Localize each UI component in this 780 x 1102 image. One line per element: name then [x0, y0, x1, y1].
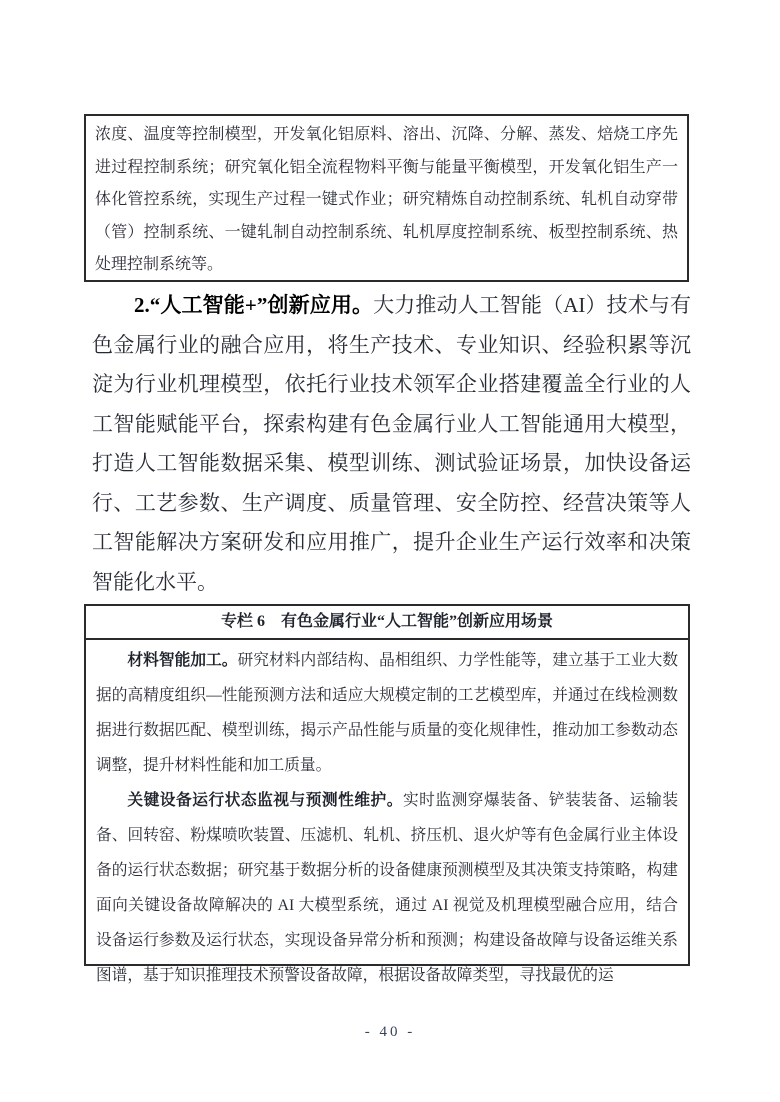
- section-paragraph: 2.“人工智能+”创新应用。大力推动人工智能（AI）技术与有色金属行业的融合应用…: [92, 286, 691, 602]
- section-heading: 2.“人工智能+”创新应用。: [134, 293, 373, 317]
- column-6-paragraph-2-text: 实时监测穿爆装备、铲装装备、运输装备、回转窑、粉煤喷吹装置、压滤机、轧机、挤压机…: [96, 792, 678, 984]
- column-6-paragraph-1: 材料智能加工。研究材料内部结构、晶相组织、力学性能等，建立基于工业大数据的高精度…: [96, 643, 678, 783]
- column-6-paragraph-1-text: 研究材料内部结构、晶相组织、力学性能等，建立基于工业大数据的高精度组织—性能预测…: [96, 652, 678, 774]
- document-page: 浓度、温度等控制模型，开发氧化铝原料、溶出、沉降、分解、蒸发、焙烧工序先进过程控…: [0, 0, 780, 1102]
- process-control-text-box: 浓度、温度等控制模型，开发氧化铝原料、溶出、沉降、分解、蒸发、焙烧工序先进过程控…: [84, 114, 689, 282]
- column-6-paragraph-1-lead: 材料智能加工。: [127, 652, 237, 669]
- column-6-body: 材料智能加工。研究材料内部结构、晶相组织、力学性能等，建立基于工业大数据的高精度…: [86, 640, 688, 993]
- column-6-paragraph-2: 关键设备运行状态监视与预测性维护。实时监测穿爆装备、铲装装备、运输装备、回转窑、…: [96, 783, 678, 993]
- column-6-title: 专栏 6 有色金属行业“人工智能”创新应用场景: [86, 606, 688, 640]
- column-6-box: 专栏 6 有色金属行业“人工智能”创新应用场景 材料智能加工。研究材料内部结构、…: [84, 604, 690, 966]
- section-body-text: 大力推动人工智能（AI）技术与有色金属行业的融合应用，将生产技术、专业知识、经验…: [92, 293, 691, 594]
- column-6-paragraph-2-lead: 关键设备运行状态监视与预测性维护。: [127, 792, 403, 809]
- page-number: - 40 -: [0, 1024, 780, 1041]
- process-control-text: 浓度、温度等控制模型，开发氧化铝原料、溶出、沉降、分解、蒸发、焙烧工序先进过程控…: [95, 119, 678, 282]
